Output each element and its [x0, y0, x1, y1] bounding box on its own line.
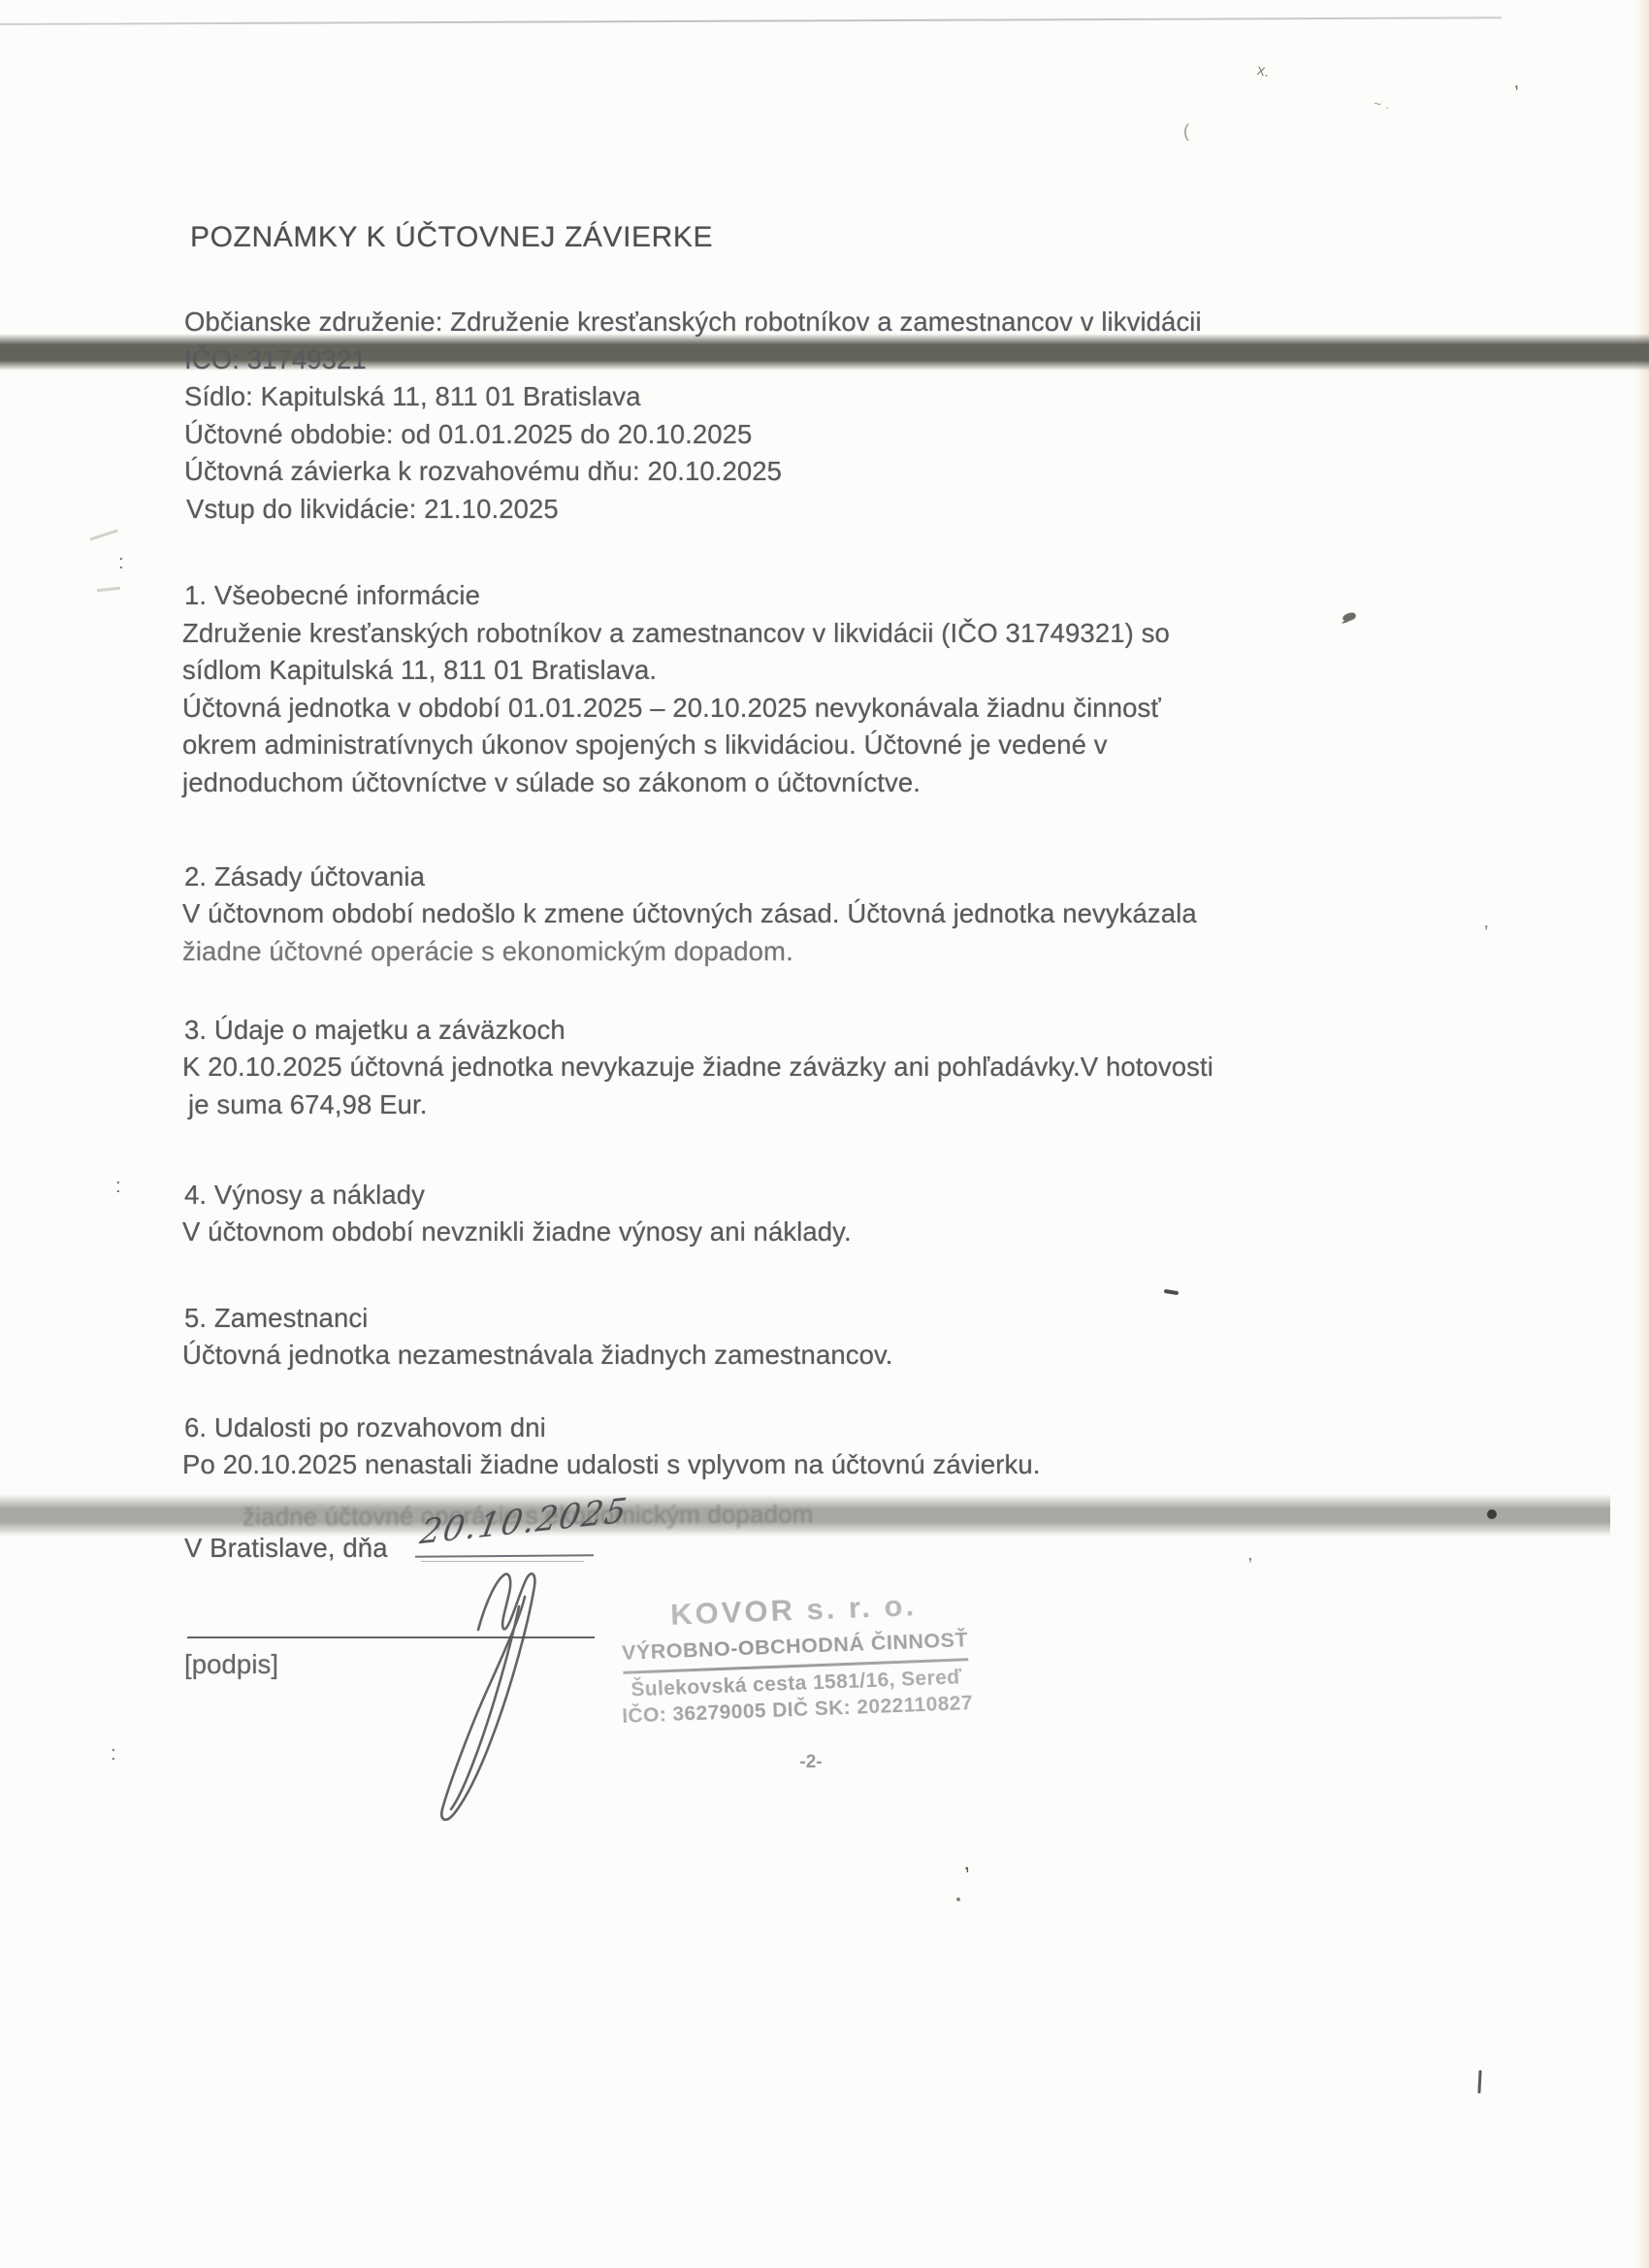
- section-4-heading: 4. Výnosy a náklady: [184, 1182, 425, 1209]
- dirt-speck: ,: [1247, 1544, 1253, 1564]
- section-1-line: Účtovná jednotka v období 01.01.2025 – 2…: [182, 695, 1161, 722]
- section-1-line: okrem administratívnych úkonov spojených…: [182, 731, 1108, 759]
- company-stamp: KOVOR s. r. o. VÝROBNO-OBCHODNÁ ČINNOSŤ …: [592, 1585, 1000, 1729]
- ico-line: IČO: 31749321: [184, 346, 367, 373]
- dash-speck: [1164, 1289, 1179, 1295]
- address-line: Sídlo: Kapitulská 11, 811 01 Bratislava: [184, 383, 641, 410]
- margin-mark: :: [111, 1744, 116, 1764]
- signature-placeholder-label: [podpis]: [184, 1651, 278, 1678]
- ink-scribble-speck: [1342, 612, 1356, 623]
- section-1-line: jednoduchom účtovníctve v súlade so záko…: [182, 769, 921, 796]
- handwritten-signature: [403, 1568, 597, 1844]
- scanned-document-page: POZNÁMKY K ÚČTOVNEJ ZÁVIERKE Občianske z…: [0, 0, 1649, 2268]
- liquidation-date-line: Vstup do likvidácie: 21.10.2025: [186, 496, 559, 523]
- margin-mark: :: [115, 1177, 121, 1196]
- smudge-speck: [89, 529, 117, 540]
- dirt-speck: x.: [1255, 63, 1271, 81]
- place-date-label: V Bratislave, dňa: [184, 1535, 388, 1562]
- dirt-speck: ~ .: [1374, 97, 1389, 111]
- page-number: -2-: [782, 1752, 840, 1773]
- section-5-line: Účtovná jednotka nezamestnávala žiadnych…: [182, 1342, 893, 1369]
- ink-dot-speck: [1487, 1509, 1497, 1519]
- dirt-speck: (: [1183, 122, 1189, 140]
- section-2-line: V účtovnom období nedošlo k zmene účtovn…: [182, 900, 1197, 927]
- accounting-period-line: Účtovné obdobie: od 01.01.2025 do 20.10.…: [184, 421, 752, 448]
- date-underline: [415, 1554, 594, 1558]
- section-3-heading: 3. Údaje o majetku a záväzkoch: [184, 1017, 566, 1044]
- section-3-line: K 20.10.2025 účtovná jednotka nevykazuje…: [182, 1053, 1213, 1081]
- section-2-heading: 2. Zásady účtovania: [184, 863, 425, 891]
- date-underline-echo: [421, 1561, 584, 1562]
- dirt-speck: ’: [1514, 83, 1521, 103]
- section-4-line: V účtovnom období nevznikli žiadne výnos…: [182, 1218, 852, 1246]
- stamp-company-name: KOVOR s. r. o.: [592, 1585, 996, 1636]
- section-6-line: Po 20.10.2025 nenastali žiadne udalosti …: [182, 1451, 1041, 1478]
- section-5-heading: 5. Zamestnanci: [184, 1305, 368, 1332]
- balance-date-line: Účtovná závierka k rozvahovému dňu: 20.1…: [184, 458, 782, 485]
- section-1-line: Združenie kresťanských robotníkov a zame…: [182, 620, 1170, 647]
- scan-top-edge-line: [0, 16, 1502, 25]
- dirt-speck: ’: [963, 1864, 974, 1889]
- margin-mark: :: [118, 553, 124, 572]
- dirt-speck: ’: [1484, 923, 1488, 943]
- tick-speck: [1477, 2070, 1481, 2093]
- dirt-speck: [956, 1897, 960, 1901]
- section-2-line: žiadne účtovné operácie s ekonomickým do…: [182, 938, 793, 965]
- document-title: POZNÁMKY K ÚČTOVNEJ ZÁVIERKE: [190, 223, 713, 252]
- org-name-line: Občianske združenie: Združenie kresťansk…: [184, 308, 1202, 336]
- smudge-speck: [97, 587, 120, 592]
- section-6-heading: 6. Udalosti po rozvahovom dni: [184, 1414, 546, 1442]
- section-3-line: je suma 674,98 Eur.: [188, 1091, 428, 1118]
- section-1-heading: 1. Všeobecné informácie: [184, 582, 480, 609]
- section-1-line: sídlom Kapitulská 11, 811 01 Bratislava.: [182, 657, 657, 684]
